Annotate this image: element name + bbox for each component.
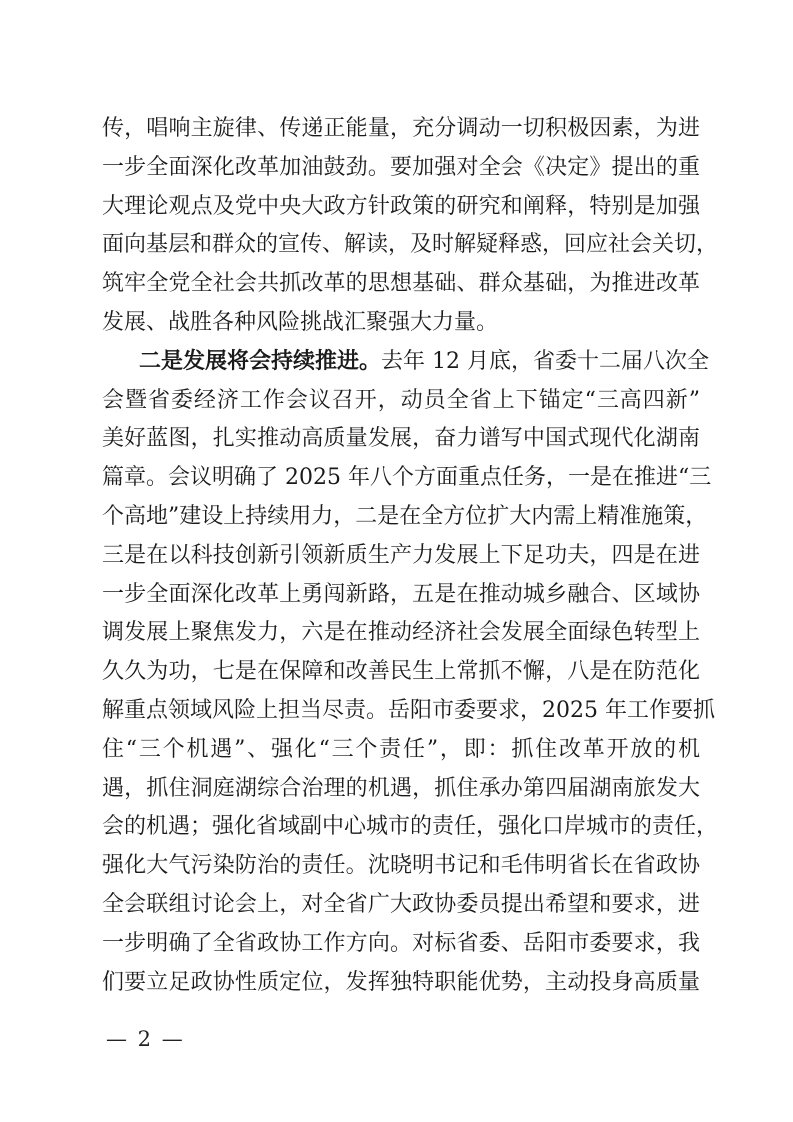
line-text: 们要立足政协性质定位，发挥独特职能优势，主动投身高质量 (102, 970, 700, 995)
line-text: 调发展上聚焦发力，六是在推动经济社会发展全面绿色转型上 (102, 620, 700, 645)
line-text: 一步全面深化改革上勇闯新路，五是在推动城乡融合、区域协 (102, 582, 700, 607)
text-line: 传，唱响主旋律、传递正能量，充分调动一切积极因素，为进 (102, 110, 700, 149)
line-text: 一步明确了全省政协工作方向。对标省委、岳阳市委要求，我 (102, 931, 700, 956)
text-line: 大理论观点及党中央大政方针政策的研究和阐释，特别是加强 (102, 188, 700, 227)
line-text: 强化大气污染防治的责任。沈晓明书记和毛伟明省长在省政协 (102, 853, 700, 878)
line-text: 传，唱响主旋律、传递正能量，充分调动一切积极因素，为进 (102, 116, 700, 141)
document-page: 传，唱响主旋律、传递正能量，充分调动一切积极因素，为进一步全面深化改革加油鼓劲。… (0, 0, 793, 1122)
text-line: 调发展上聚焦发力，六是在推动经济社会发展全面绿色转型上 (102, 614, 700, 653)
line-text: 久久为功，七是在保障和改善民生上常抓不懈，八是在防范化 (102, 659, 700, 684)
line-text: 解重点领域风险上担当尽责。岳阳市委要求，2025 年工作要抓 (102, 698, 715, 723)
line-text: 面向基层和群众的宣传、解读，及时解疑释惑，回应社会关切， (102, 232, 718, 257)
text-line: 三是在以科技创新引领新质生产力发展上下足功夫，四是在进 (102, 537, 700, 576)
text-line: 久久为功，七是在保障和改善民生上常抓不懈，八是在防范化 (102, 653, 700, 692)
line-text: 发展、战胜各种风险挑战汇聚强大力量。 (102, 310, 498, 335)
text-line: 美好蓝图，扎实推动高质量发展，奋力谱写中国式现代化湖南 (102, 420, 700, 459)
text-line: 遇，抓住洞庭湖综合治理的机遇，抓住承办第四届湖南旅发大 (102, 770, 700, 809)
line-text: 会的机遇；强化省域副中心城市的责任，强化口岸城市的责任， (102, 814, 718, 839)
text-line: 一步全面深化改革加油鼓劲。要加强对全会《决定》提出的重 (102, 149, 700, 188)
text-line: 个高地”建设上持续用力，二是在全方位扩大内需上精准施策， (102, 498, 700, 537)
line-bold-text: 二是发展将会持续推进。 (139, 349, 381, 374)
text-line: 筑牢全党全社会共抓改革的思想基础、群众基础，为推进改革 (102, 265, 700, 304)
text-line: 面向基层和群众的宣传、解读，及时解疑释惑，回应社会关切， (102, 226, 700, 265)
line-text: 个高地”建设上持续用力，二是在全方位扩大内需上精准施策， (102, 504, 707, 529)
line-text: 遇，抓住洞庭湖综合治理的机遇，抓住承办第四届湖南旅发大 (102, 776, 700, 801)
line-text: 筑牢全党全社会共抓改革的思想基础、群众基础，为推进改革 (102, 271, 700, 296)
text-line: 一步全面深化改革上勇闯新路，五是在推动城乡融合、区域协 (102, 576, 700, 615)
text-line: 们要立足政协性质定位，发挥独特职能优势，主动投身高质量 (102, 964, 700, 1003)
line-text: 去年 12 月底，省委十二届八次全 (381, 349, 709, 374)
text-line: 一步明确了全省政协工作方向。对标省委、岳阳市委要求，我 (102, 925, 700, 964)
page-number: — 2 — (106, 1027, 185, 1051)
document-body: 传，唱响主旋律、传递正能量，充分调动一切积极因素，为进一步全面深化改革加油鼓劲。… (102, 110, 700, 1002)
line-text: 全会联组讨论会上，对全省广大政协委员提出希望和要求，进 (102, 892, 700, 917)
line-text: 会暨省委经济工作会议召开，动员全省上下锚定“三高四新” (102, 388, 700, 413)
text-line: 会的机遇；强化省域副中心城市的责任，强化口岸城市的责任， (102, 808, 700, 847)
line-text: 三是在以科技创新引领新质生产力发展上下足功夫，四是在进 (102, 543, 700, 568)
line-text: 大理论观点及党中央大政方针政策的研究和阐释，特别是加强 (102, 194, 700, 219)
text-line: 解重点领域风险上担当尽责。岳阳市委要求，2025 年工作要抓 (102, 692, 700, 731)
text-line: 二是发展将会持续推进。去年 12 月底，省委十二届八次全 (102, 343, 700, 382)
text-line: 强化大气污染防治的责任。沈晓明书记和毛伟明省长在省政协 (102, 847, 700, 886)
line-text: 一步全面深化改革加油鼓劲。要加强对全会《决定》提出的重 (102, 155, 700, 180)
line-text: 住“三个机遇”、强化“三个责任”，即：抓住改革开放的机 (102, 737, 700, 762)
text-line: 全会联组讨论会上，对全省广大政协委员提出希望和要求，进 (102, 886, 700, 925)
text-line: 发展、战胜各种风险挑战汇聚强大力量。 (102, 304, 700, 343)
text-line: 住“三个机遇”、强化“三个责任”，即：抓住改革开放的机 (102, 731, 700, 770)
line-text: 美好蓝图，扎实推动高质量发展，奋力谱写中国式现代化湖南 (102, 426, 700, 451)
text-line: 会暨省委经济工作会议召开，动员全省上下锚定“三高四新” (102, 382, 700, 421)
line-text: 篇章。会议明确了 2025 年八个方面重点任务，一是在推进“三 (102, 465, 711, 490)
text-line: 篇章。会议明确了 2025 年八个方面重点任务，一是在推进“三 (102, 459, 700, 498)
